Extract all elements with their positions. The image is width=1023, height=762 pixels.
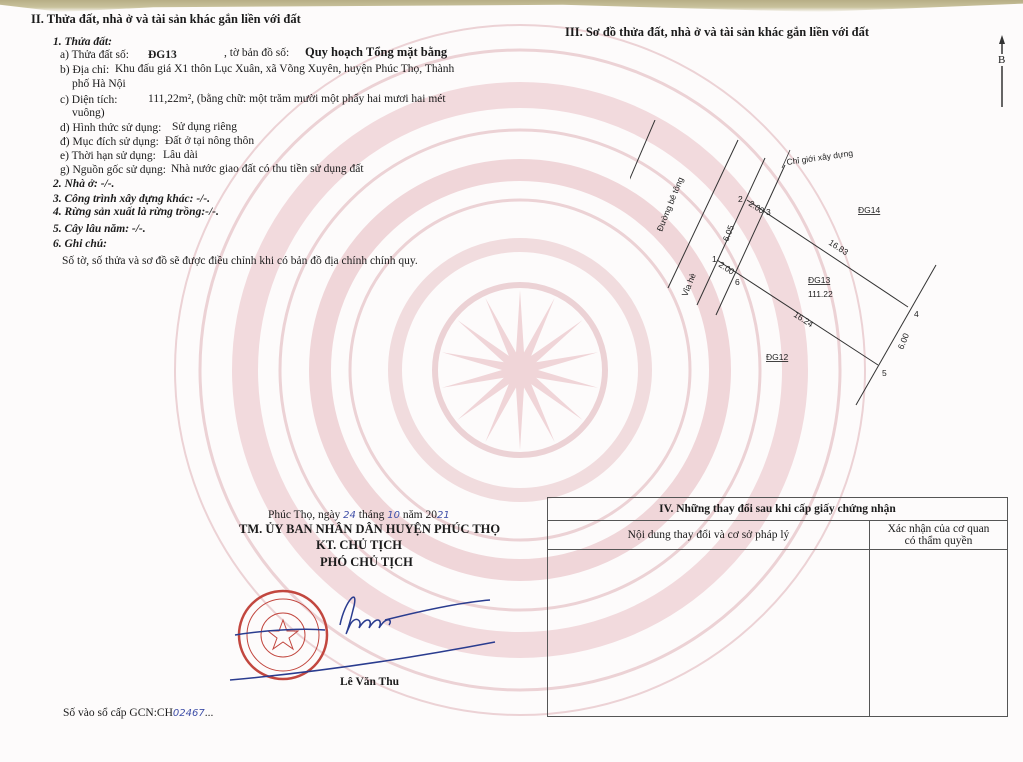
road-label: Đường bê tông <box>655 175 686 232</box>
year-label: năm 20 <box>403 509 437 521</box>
parcel-name: ĐG13 <box>808 275 830 285</box>
section-3-title: III. Sơ đồ thửa đất, nhà ở và tài sản kh… <box>565 25 869 40</box>
purpose-value: Đất ở tại nông thôn <box>165 134 254 148</box>
date-year: 21 <box>437 510 450 521</box>
registry-value: 02467 <box>173 708 205 719</box>
date-prefix: Phúc Thọ, ngày <box>268 509 340 521</box>
edge-4-5: 6.00 <box>896 331 912 350</box>
paper-edge <box>0 0 1023 12</box>
parcel-area: 111.22 <box>808 289 833 299</box>
north-arrow-icon <box>995 35 1009 110</box>
area-label: c) Diện tích: <box>60 93 117 107</box>
confirmation-cell[interactable] <box>870 550 1008 717</box>
registry-label: Số vào sổ cấp GCN:CH <box>63 707 173 719</box>
edge-5-6: 16.24 <box>792 309 816 329</box>
point-5: 5 <box>882 368 887 378</box>
origin-label: g) Nguồn gốc sử dụng: <box>60 163 166 177</box>
purpose-label: đ) Mục đích sử dụng: <box>60 135 159 149</box>
area-value: 111,22m², (bằng chữ: một trăm mười một p… <box>148 92 446 106</box>
change-content-cell[interactable] <box>548 550 870 717</box>
date-month: 10 <box>387 510 400 521</box>
point-3: 3 <box>766 207 771 217</box>
signer-name: Lê Văn Thu <box>340 676 399 688</box>
official-stamp <box>239 591 327 679</box>
sidewalk-label: Vỉa hè <box>680 271 698 297</box>
registry-number: Số vào sổ cấp GCN:CH02467... <box>63 706 213 721</box>
land-heading: 1. Thửa đất: <box>53 36 112 48</box>
term-label: e) Thời hạn sử dụng: <box>60 149 156 163</box>
map-sheet-label: , tờ bản đồ số: <box>224 46 289 60</box>
date-day: 24 <box>343 510 356 521</box>
address-value-cont: phố Hà Nội <box>72 77 126 91</box>
north-label: B <box>998 54 1005 66</box>
col-confirmation-header: Xác nhận của cơ quan có thẩm quyền <box>870 521 1008 550</box>
note-heading: 6. Ghi chú: <box>53 238 107 250</box>
section-4-title: IV. Những thay đổi sau khi cấp giấy chứn… <box>548 498 1008 521</box>
parcel-value: ĐG13 <box>148 48 177 62</box>
edge-6-1: 2.00 <box>717 259 737 277</box>
point-1: 1 <box>712 254 717 264</box>
section-2-title: II. Thửa đất, nhà ở và tài sản khác gắn … <box>31 12 301 27</box>
stamp-and-signature <box>225 580 505 690</box>
origin-value: Nhà nước giao đất có thu tiền sử dụng đấ… <box>171 162 364 176</box>
other-construction-item: 3. Công trình xây dựng khác: -/-. <box>53 193 210 205</box>
edge-3-4: 16.83 <box>827 237 851 257</box>
neighbor-north: ĐG14 <box>858 205 880 215</box>
edge-2-3: 2.00 <box>747 198 767 216</box>
setback-label: Chỉ giới xây dựng <box>786 148 854 167</box>
forest-item: 4. Rừng sản xuất là rừng trồng:-/-. <box>53 206 219 218</box>
changes-table: IV. Những thay đổi sau khi cấp giấy chứn… <box>547 497 1008 717</box>
point-2: 2 <box>738 194 743 204</box>
month-label: tháng <box>359 509 385 521</box>
term-value: Lâu dài <box>163 148 198 162</box>
map-sheet-value: Quy hoạch Tổng mặt bằng <box>305 45 447 59</box>
perennial-item: 5. Cây lâu năm: -/-. <box>53 223 146 235</box>
house-item: 2. Nhà ở: -/-. <box>53 178 114 190</box>
parcel-label: a) Thửa đất số: <box>60 48 129 62</box>
parcel-diagram: Chỉ giới xây dựng Đường bê tông Vỉa hè 2… <box>630 120 950 410</box>
on-behalf: KT. CHỦ TỊCH <box>316 538 402 553</box>
note-text: Số tờ, số thửa và sơ đồ sẽ được điều chỉ… <box>62 254 418 268</box>
point-4: 4 <box>914 309 919 319</box>
address-value: Khu đấu giá X1 thôn Lục Xuân, xã Võng Xu… <box>115 62 454 76</box>
col-confirmation-line1: Xác nhận của cơ quan <box>870 523 1007 535</box>
place-date: Phúc Thọ, ngày 24 tháng 10 năm 2021 <box>268 508 450 523</box>
area-value-cont: vuông) <box>72 106 105 120</box>
point-6: 6 <box>735 277 740 287</box>
address-label: b) Địa chỉ: <box>60 63 109 77</box>
col-confirmation-line2: có thẩm quyền <box>870 535 1007 547</box>
authority: TM. ỦY BAN NHÂN DÂN HUYỆN PHÚC THỌ <box>239 522 500 537</box>
col-content-header: Nội dung thay đổi và cơ sở pháp lý <box>548 521 870 550</box>
usage-form-label: d) Hình thức sử dụng: <box>60 121 161 135</box>
neighbor-south: ĐG12 <box>766 352 788 362</box>
signature-icon <box>230 597 495 680</box>
usage-form-value: Sử dụng riêng <box>172 120 237 134</box>
position: PHÓ CHỦ TỊCH <box>320 555 413 570</box>
